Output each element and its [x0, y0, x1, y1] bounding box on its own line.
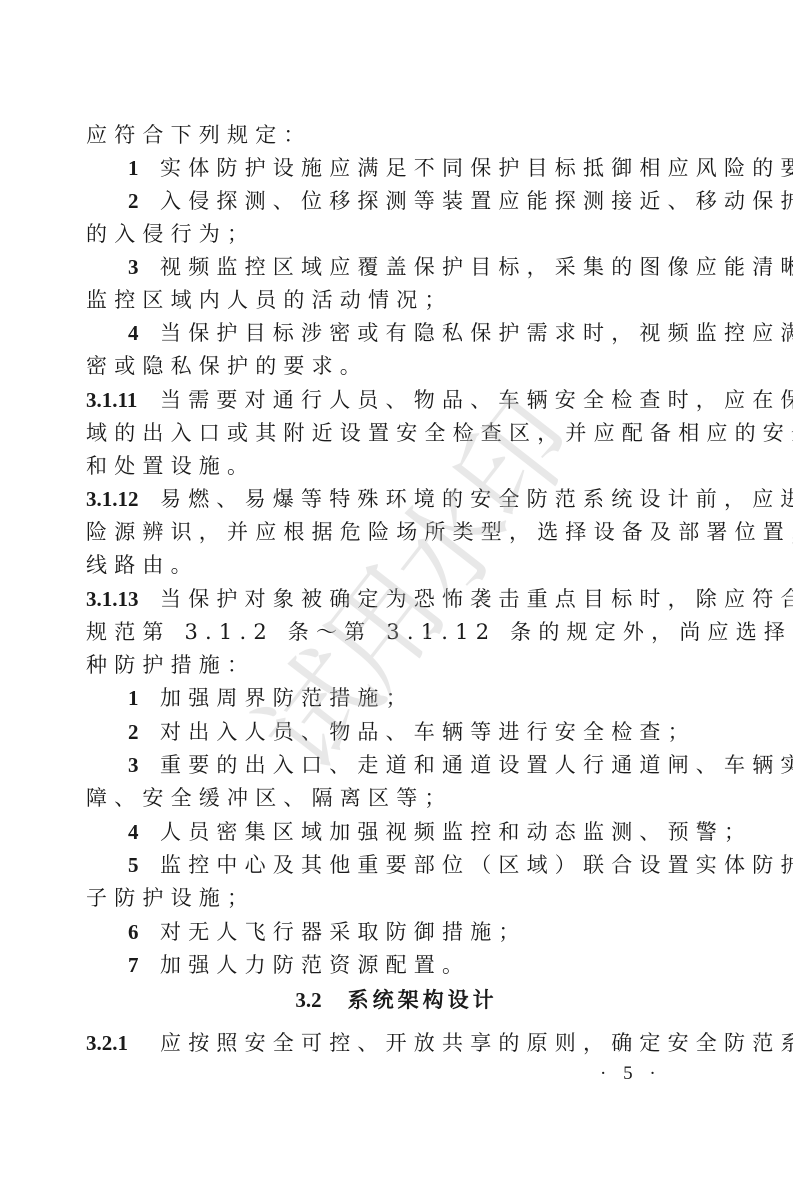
clause-line: 3.2.1应按照安全可控、开放共享的原则，确定安全防范系统的 — [86, 1027, 686, 1060]
line-text: 障、安全缓冲区、隔离区等； — [86, 786, 453, 810]
clause-line: 3.1.12易燃、易爆等特殊环境的安全防范系统设计前，应进行危 — [86, 483, 686, 516]
list-item: 6对无人飞行器采取防御措施； — [128, 916, 686, 949]
item-text: 加强周界防范措施； — [160, 686, 414, 710]
list-item: 2入侵探测、位移探测等装置应能探测接近、移动保护目标 — [128, 185, 686, 218]
item-text: 对出入人员、物品、车辆等进行安全检查； — [160, 720, 696, 744]
line-text: 险源辨识，并应根据危险场所类型，选择设备及部署位置，规划管 — [86, 520, 793, 544]
line-text: 密或隐私保护的要求。 — [86, 354, 368, 378]
item-text: 入侵探测、位移探测等装置应能探测接近、移动保护目标 — [160, 189, 793, 213]
section-heading: 3.2系统架构设计 — [0, 985, 793, 1015]
item-text: 监控中心及其他重要部位（区域）联合设置实体防护和电 — [160, 853, 793, 877]
clause-number: 3.1.13 — [86, 583, 156, 616]
line-text: 监控区域内人员的活动情况； — [86, 288, 453, 312]
paragraph-line: 的入侵行为； — [86, 218, 686, 251]
list-item: 1实体防护设施应满足不同保护目标抵御相应风险的要求； — [128, 152, 686, 185]
paragraph-line: 监控区域内人员的活动情况； — [86, 284, 686, 317]
line-text: 域的出入口或其附近设置安全检查区，并应配备相应的安全检查 — [86, 421, 793, 445]
paragraph-line: 障、安全缓冲区、隔离区等； — [86, 782, 686, 815]
item-text: 人员密集区域加强视频监控和动态监测、预警； — [160, 820, 752, 844]
page-number: · 5 · — [600, 1063, 690, 1085]
document-page: 应符合下列规定： 1实体防护设施应满足不同保护目标抵御相应风险的要求； 2入侵探… — [0, 0, 793, 1190]
paragraph-line: 种防护措施： — [86, 649, 686, 682]
item-number: 1 — [128, 682, 160, 715]
item-number: 6 — [128, 916, 160, 949]
item-text: 当保护目标涉密或有隐私保护需求时，视频监控应满足保 — [160, 321, 793, 345]
list-item: 2对出入人员、物品、车辆等进行安全检查； — [128, 716, 686, 749]
item-number: 1 — [128, 152, 160, 185]
item-number: 2 — [128, 716, 160, 749]
list-item: 4人员密集区域加强视频监控和动态监测、预警； — [128, 816, 686, 849]
item-number: 2 — [128, 185, 160, 218]
line-text: 应符合下列规定： — [86, 123, 312, 147]
item-text: 重要的出入口、走道和通道设置人行通道闸、车辆实体屏 — [160, 753, 793, 777]
paragraph-line: 应符合下列规定： — [86, 119, 686, 152]
item-number: 3 — [128, 749, 160, 782]
list-item: 7加强人力防范资源配置。 — [128, 949, 686, 982]
list-item: 4当保护目标涉密或有隐私保护需求时，视频监控应满足保 — [128, 317, 686, 350]
item-text: 对无人飞行器采取防御措施； — [160, 920, 527, 944]
clause-number: 3.1.12 — [86, 483, 156, 516]
paragraph-line: 规范第 3.1.2 条～第 3.1.12 条的规定外，尚应选择下列一种或多 — [86, 616, 686, 649]
line-text: 线路由。 — [86, 553, 199, 577]
section-number: 3.2 — [295, 988, 321, 1012]
item-number: 5 — [128, 849, 160, 882]
list-item: 1加强周界防范措施； — [128, 682, 686, 715]
clause-number: 3.1.11 — [86, 384, 156, 417]
item-number: 7 — [128, 949, 160, 982]
clause-text: 易燃、易爆等特殊环境的安全防范系统设计前，应进行危 — [160, 487, 793, 511]
paragraph-line: 子防护设施； — [86, 882, 686, 915]
clause-line: 3.1.11当需要对通行人员、物品、车辆安全检查时，应在保护区 — [86, 384, 686, 417]
paragraph-line: 域的出入口或其附近设置安全检查区，并应配备相应的安全检查 — [86, 417, 686, 450]
clause-text: 应按照安全可控、开放共享的原则，确定安全防范系统的 — [160, 1031, 793, 1055]
item-text: 实体防护设施应满足不同保护目标抵御相应风险的要求； — [160, 156, 793, 180]
paragraph-line: 和处置设施。 — [86, 450, 686, 483]
line-text: 的入侵行为； — [86, 222, 255, 246]
item-number: 3 — [128, 251, 160, 284]
list-item: 3重要的出入口、走道和通道设置人行通道闸、车辆实体屏 — [128, 749, 686, 782]
list-item: 3视频监控区域应覆盖保护目标，采集的图像应能清晰显示 — [128, 251, 686, 284]
paragraph-line: 险源辨识，并应根据危险场所类型，选择设备及部署位置，规划管 — [86, 516, 686, 549]
line-text: 种防护措施： — [86, 653, 255, 677]
list-item: 5监控中心及其他重要部位（区域）联合设置实体防护和电 — [128, 849, 686, 882]
clause-number: 3.2.1 — [86, 1027, 156, 1060]
section-title: 系统架构设计 — [348, 987, 498, 1012]
paragraph-line: 线路由。 — [86, 549, 686, 582]
item-number: 4 — [128, 317, 160, 350]
line-text: 规范第 3.1.2 条～第 3.1.12 条的规定外，尚应选择下列一种或多 — [86, 620, 793, 644]
clause-text: 当保护对象被确定为恐怖袭击重点目标时，除应符合本 — [160, 587, 793, 611]
item-text: 加强人力防范资源配置。 — [160, 953, 470, 977]
item-number: 4 — [128, 816, 160, 849]
clause-text: 当需要对通行人员、物品、车辆安全检查时，应在保护区 — [160, 388, 793, 412]
clause-line: 3.1.13当保护对象被确定为恐怖袭击重点目标时，除应符合本 — [86, 583, 686, 616]
paragraph-line: 密或隐私保护的要求。 — [86, 350, 686, 383]
line-text: 子防护设施； — [86, 886, 255, 910]
item-text: 视频监控区域应覆盖保护目标，采集的图像应能清晰显示 — [160, 255, 793, 279]
line-text: 和处置设施。 — [86, 454, 255, 478]
